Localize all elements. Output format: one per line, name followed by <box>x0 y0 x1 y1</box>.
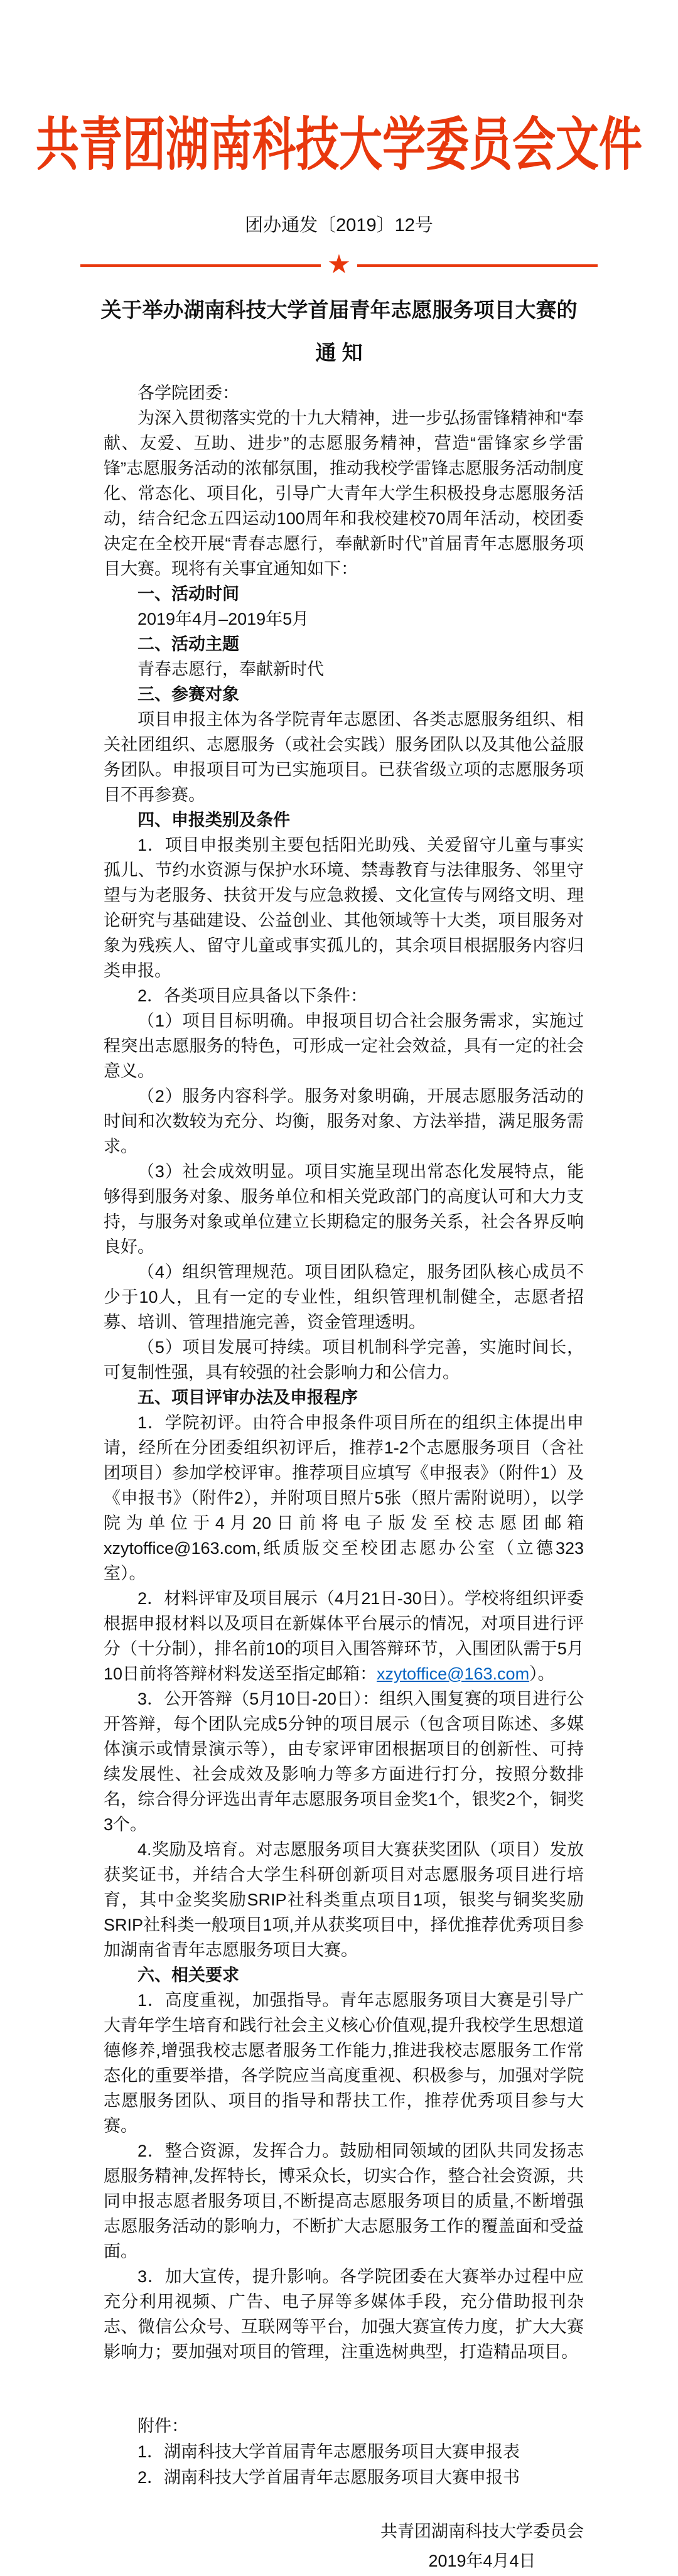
email-link[interactable]: xzytoffice@163.com <box>377 1664 529 1683</box>
document-body: 各学院团委： 为深入贯彻落实党的十九大精神，进一步弘扬雷锋精神和“奉献、友爱、互… <box>104 380 584 2364</box>
signature-block: 共青团湖南科技大学委员会 2019年4月4日 <box>380 2517 584 2576</box>
paragraph: 2．各类项目应具备以下条件： <box>104 983 584 1008</box>
paragraph: 2．整合资源，发挥合力。鼓励相同领域的团队共同发扬志愿服务精神,发挥特长，博采众… <box>104 2138 584 2264</box>
paragraph: 1．项目申报类别主要包括阳光助残、关爱留守儿童与事实孤儿、节约水资源与保护水环境… <box>104 833 584 983</box>
section-heading: 二、活动主题 <box>104 632 584 657</box>
issuing-org-title: 共青团湖南科技大学委员会文件 <box>36 115 642 176</box>
paragraph: （4）组织管理规范。项目团队稳定，服务团队核心成员不少于10人，且有一定的专业性… <box>104 1259 584 1335</box>
paragraph: 3．加大宣传，提升影响。各学院团委在大赛举办过程中应充分利用视频、广告、电子屏等… <box>104 2264 584 2364</box>
document-page: 共青团湖南科技大学委员会文件 团办通发〔2019〕12号 ★ 关于举办湖南科技大… <box>0 0 678 2576</box>
section-heading: 六、相关要求 <box>104 1963 584 1988</box>
attachments-label: 附件： <box>104 2413 584 2439</box>
section-heading: 一、活动时间 <box>104 581 584 606</box>
section-heading: 五、项目评审办法及申报程序 <box>104 1385 584 1410</box>
paragraph-with-link: 2．材料评审及项目展示（4月21日-30日）。学校将组织评委根据申报材料以及项目… <box>104 1586 584 1686</box>
paragraph: 为深入贯彻落实党的十九大精神，进一步弘扬雷锋精神和“奉献、友爱、互助、进步”的志… <box>104 406 584 581</box>
document-title-line2: 通 知 <box>0 340 678 365</box>
paragraph: （2）服务内容科学。服务对象明确，开展志愿服务活动的时间和次数较为充分、均衡，服… <box>104 1084 584 1159</box>
paragraph: 1．学院初评。由符合申报条件项目所在的组织主体提出申请，经所在分团委组织初评后，… <box>104 1410 584 1586</box>
paragraph: （1）项目目标明确。申报项目切合社会服务需求，实施过程突出志愿服务的特色，可形成… <box>104 1008 584 1084</box>
red-divider: ★ <box>80 252 598 279</box>
paragraph: 4.奖励及培育。对志愿服务项目大赛获奖团队（项目）发放获奖证书，并结合大学生科研… <box>104 1837 584 1963</box>
document-title-line1: 关于举办湖南科技大学首届青年志愿服务项目大赛的 <box>0 298 678 323</box>
paragraph-text: ）。 <box>529 1664 555 1683</box>
paragraph: 2019年4月–2019年5月 <box>104 606 584 632</box>
paragraph: （3）社会成效明显。项目实施呈现出常态化发展特点，能够得到服务对象、服务单位和相… <box>104 1159 584 1259</box>
section-heading: 四、申报类别及条件 <box>104 807 584 833</box>
star-icon: ★ <box>327 251 351 278</box>
document-number: 团办通发〔2019〕12号 <box>0 215 678 237</box>
attachment-item: 1．湖南科技大学首届青年志愿服务项目大赛申报表 <box>104 2439 584 2465</box>
red-header: 共青团湖南科技大学委员会文件 <box>0 115 678 176</box>
attachment-item: 2．湖南科技大学首届青年志愿服务项目大赛申报书 <box>104 2465 584 2491</box>
attachments-block: 附件： 1．湖南科技大学首届青年志愿服务项目大赛申报表 2．湖南科技大学首届青年… <box>104 2413 584 2491</box>
paragraph: 项目申报主体为各学院青年志愿团、各类志愿服务组织、相关社团组织、志愿服务（或社会… <box>104 707 584 807</box>
paragraph: 1．高度重视，加强指导。青年志愿服务项目大赛是引导广大青年学生培育和践行社会主义… <box>104 1988 584 2138</box>
signature-org: 共青团湖南科技大学委员会 <box>380 2517 584 2546</box>
paragraph: 青春志愿行，奉献新时代 <box>104 657 584 682</box>
divider-line-right <box>357 264 598 267</box>
salutation: 各学院团委： <box>104 380 584 406</box>
section-heading: 三、参赛对象 <box>104 682 584 707</box>
divider-line-left <box>80 264 321 267</box>
signature-date: 2019年4月4日 <box>380 2546 584 2576</box>
paragraph: （5）项目发展可持续。项目机制科学完善，实施时间长，可复制性强，具有较强的社会影… <box>104 1335 584 1385</box>
paragraph: 3．公开答辩（5月10日-20日）：组织入围复赛的项目进行公开答辩，每个团队完成… <box>104 1686 584 1837</box>
